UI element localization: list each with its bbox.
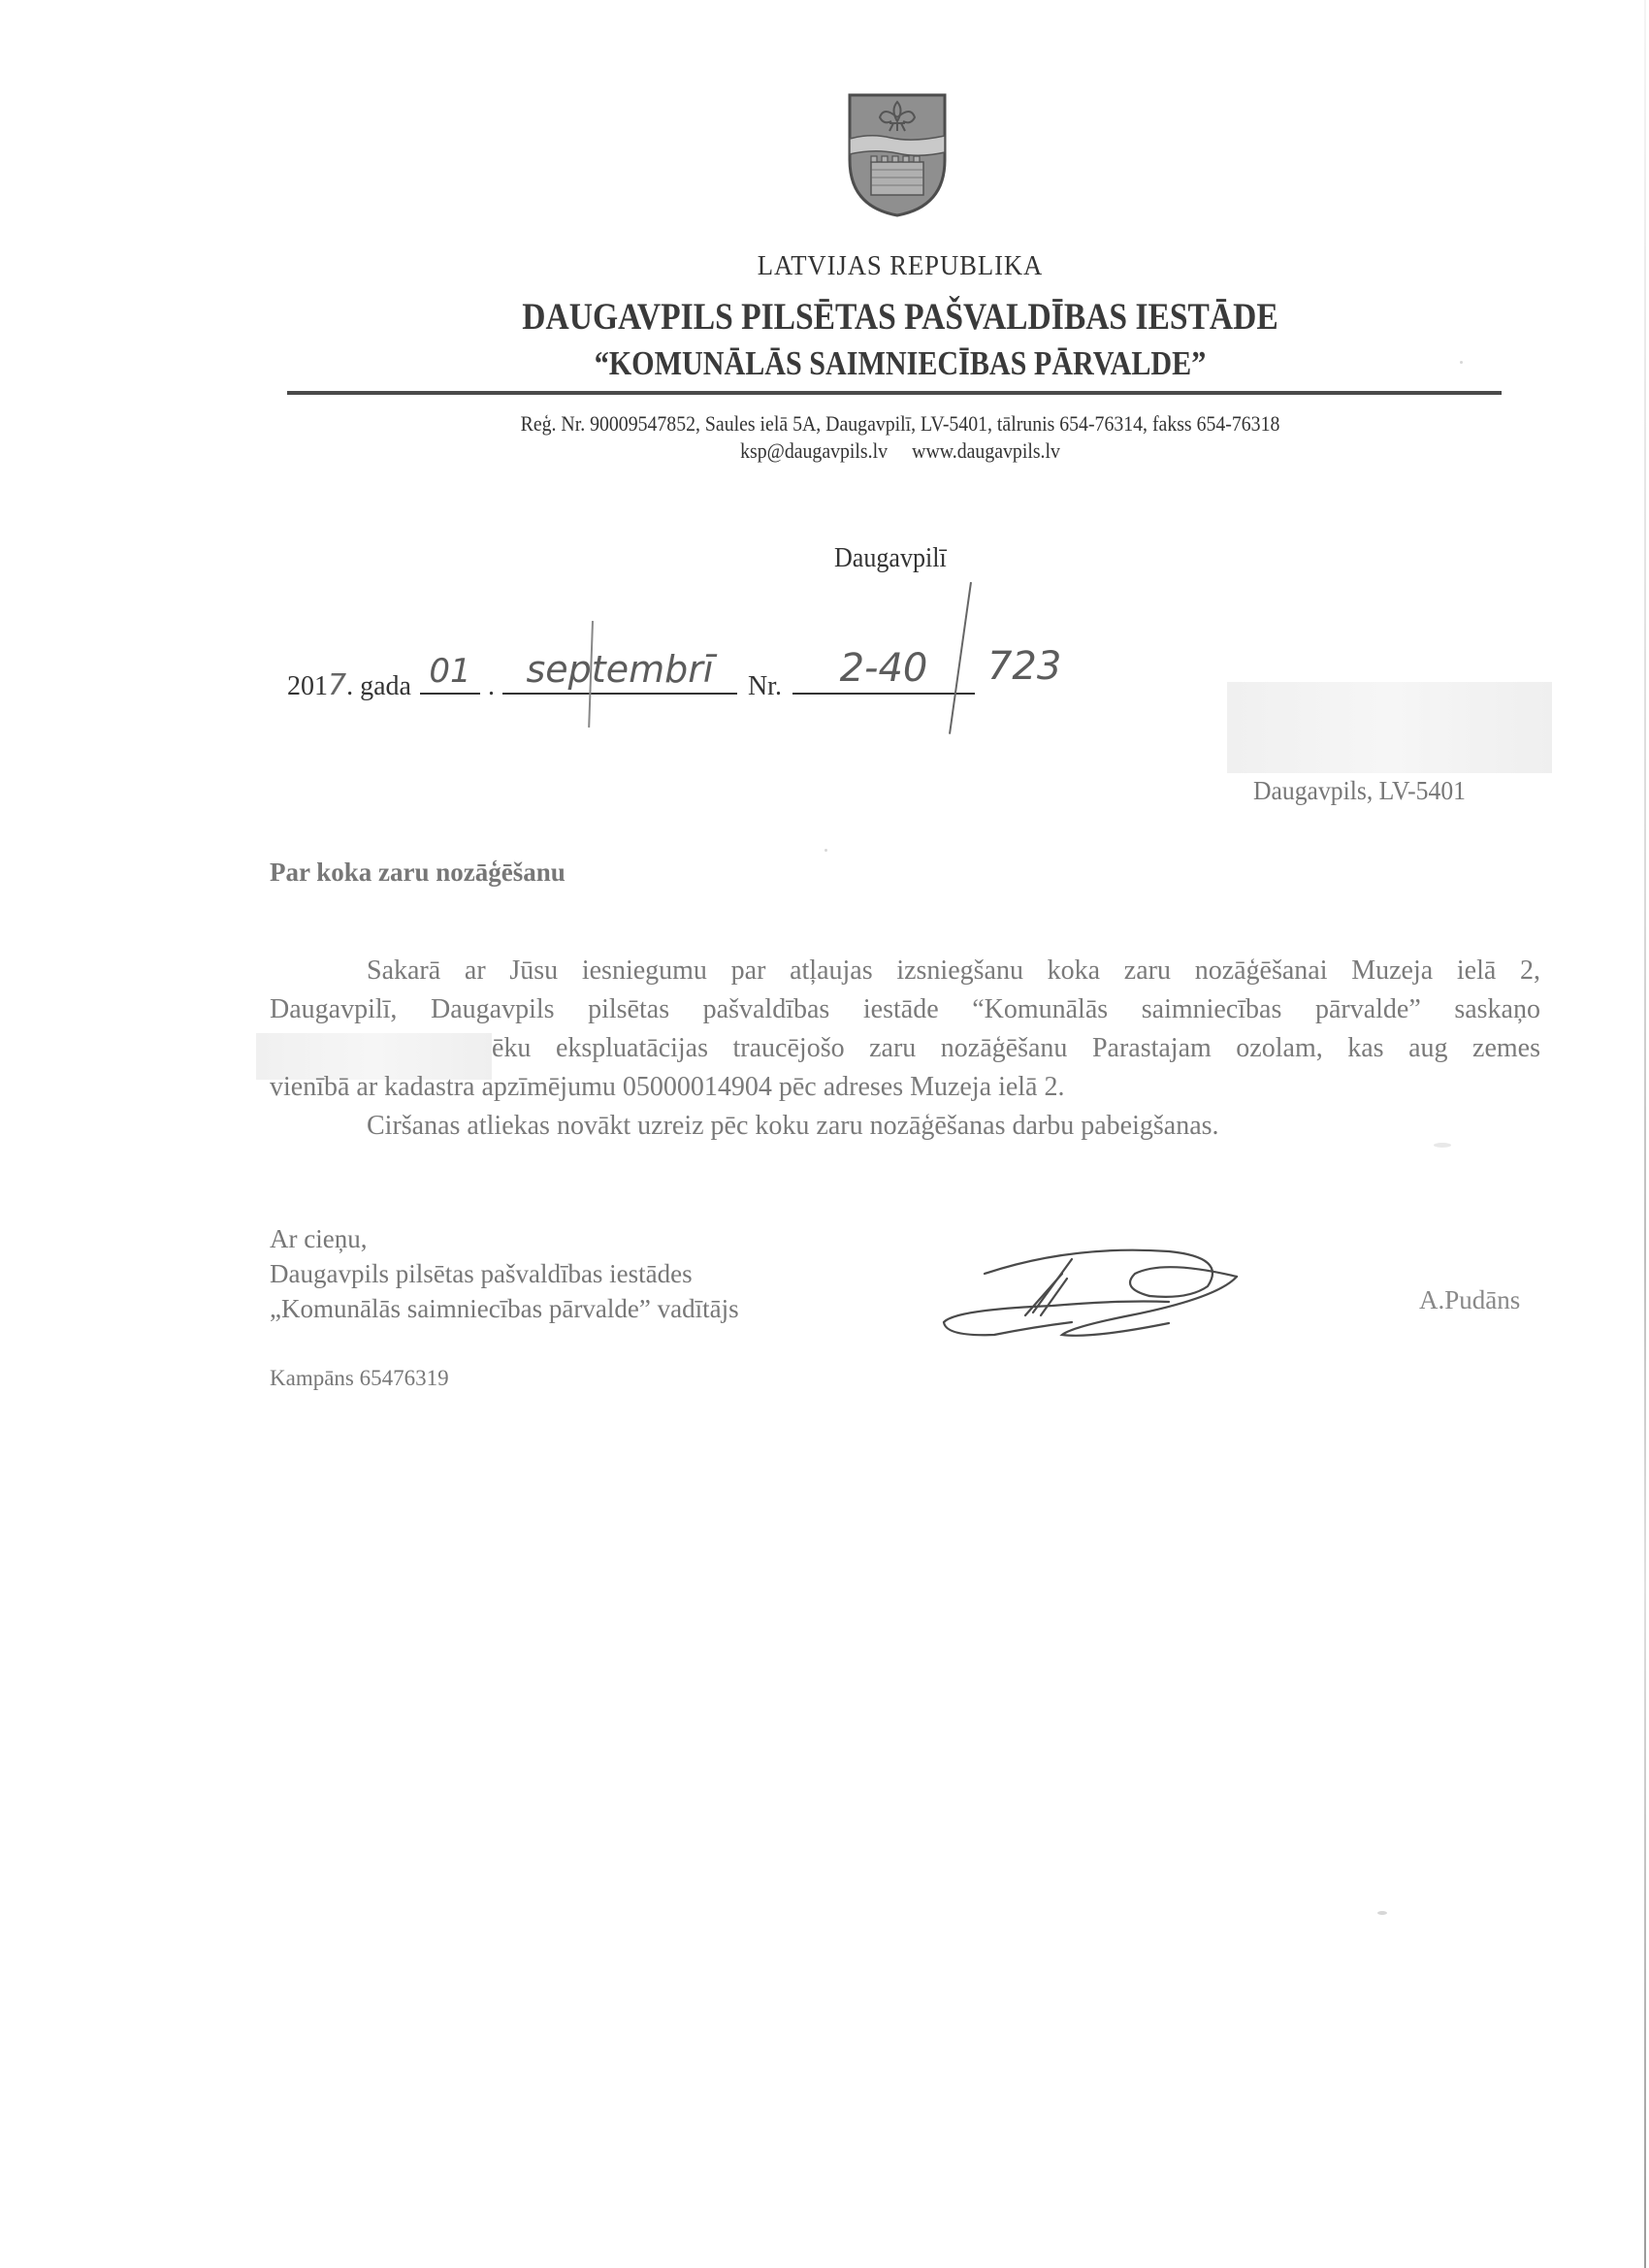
body-line-2: Daugavpilī, Daugavpils pilsētas pašvaldī… xyxy=(270,994,1540,1025)
signer-name: A.Pudāns xyxy=(1419,1285,1520,1315)
contact-person: Kampāns 65476319 xyxy=(270,1366,449,1391)
coat-of-arms-icon xyxy=(847,92,948,218)
email-link[interactable]: ksp@daugavpils.lv xyxy=(740,438,888,463)
body-line-3: ēku ekspluatācijas traucējošo zaru nozāģ… xyxy=(492,1033,1540,1064)
gada-label: . gada xyxy=(346,671,411,701)
date-number-row: 2017. gada 01 . septembrī Nr. 2-40 723 xyxy=(287,660,1061,704)
date-dot: . xyxy=(488,671,495,701)
country-heading: LATVIJAS REPUBLIKA xyxy=(72,250,1649,282)
salutation: Ar cieņu, xyxy=(270,1224,367,1254)
month-field: septembrī xyxy=(502,664,737,695)
number-field: 2-40 xyxy=(792,664,975,695)
organization-subname: “KOMUNĀLĀS SAIMNIECĪBAS PĀRVALDE” xyxy=(126,344,1649,383)
recipient-city: Daugavpils, LV-5401 xyxy=(1253,776,1466,806)
number-suffix: 723 xyxy=(987,644,1061,689)
body-line-5: Ciršanas atliekas novākt uzreiz pēc koku… xyxy=(367,1111,1219,1142)
body-line-1: Sakarā ar Jūsu iesniegumu par atļaujas i… xyxy=(270,956,1540,987)
signer-title-line-2: „Komunālās saimniecības pārvalde” vadītā… xyxy=(270,1294,739,1324)
organization-name: DAUGAVPILS PILSĒTAS PAŠVALDĪBAS IESTĀDE xyxy=(126,295,1649,339)
letter-subject: Par koka zaru nozāģēšanu xyxy=(270,858,566,888)
signer-title-line-1: Daugavpils pilsētas pašvaldības iestādes xyxy=(270,1259,693,1289)
letterhead-divider xyxy=(287,391,1502,395)
scanned-page-edge xyxy=(1644,0,1646,2268)
handwritten-signature-icon xyxy=(926,1230,1324,1346)
year-prefix: 201 xyxy=(287,671,328,701)
contact-links-line: ksp@daugavpils.lvwww.daugavpils.lv xyxy=(90,438,1649,464)
day-field: 01 xyxy=(420,664,480,695)
scan-speck xyxy=(824,849,827,852)
recipient-redacted-block xyxy=(1227,682,1552,773)
year-handwritten-digit: 7 xyxy=(328,668,346,702)
place-of-issue: Daugavpilī xyxy=(834,543,947,574)
month-value: septembrī xyxy=(502,648,737,691)
number-label: Nr. xyxy=(748,671,782,701)
registration-address-line: Reģ. Nr. 90009547852, Saules ielā 5A, Da… xyxy=(90,411,1649,437)
scan-speck xyxy=(1434,1143,1451,1148)
day-value: 01 xyxy=(420,652,480,691)
number-value: 2-40 xyxy=(792,646,975,691)
scan-speck xyxy=(1377,1911,1387,1915)
website-link[interactable]: www.daugavpils.lv xyxy=(912,438,1060,463)
body-line-4: vienībā ar kadastra apzīmējumu 050000149… xyxy=(270,1072,1064,1103)
